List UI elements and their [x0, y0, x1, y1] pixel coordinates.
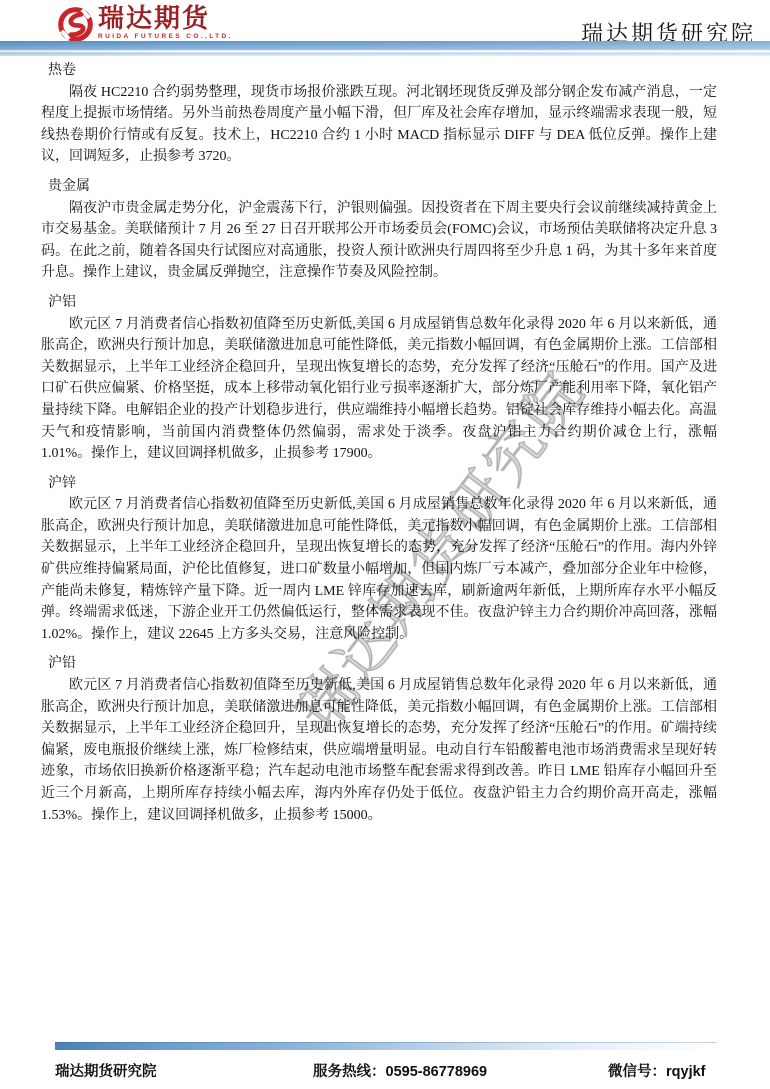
section-shanghai-aluminum: 沪铝 欧元区 7 月消费者信心指数初值降至历史新低,美国 6 月成屋销售总数年化… — [41, 292, 717, 465]
report-page: 瑞达期货 RUIDA FUTURES CO.,LTD. 瑞达期货研究院 瑞达期货… — [0, 0, 770, 1089]
footer-institute-name: 瑞达期货研究院 — [55, 1060, 157, 1081]
footer: 瑞达期货研究院 服务热线：0595-86778969 微信号：rqyjkf — [0, 1060, 770, 1082]
footer-wechat: 微信号：rqyjkf — [608, 1060, 706, 1081]
section-body: 欧元区 7 月消费者信心指数初值降至历史新低,美国 6 月成屋销售总数年化录得 … — [41, 314, 717, 465]
section-title: 贵金属 — [41, 176, 717, 198]
footer-wechat-label: 微信号： — [608, 1064, 666, 1080]
header-divider-sheen — [0, 41, 770, 56]
section-body: 欧元区 7 月消费者信心指数初值降至历史新低,美国 6 月成屋销售总数年化录得 … — [41, 675, 717, 826]
section-title: 沪铅 — [41, 653, 717, 675]
report-content: 热卷 隔夜 HC2210 合约弱势整理，现货市场报价涨跌互现。河北钢坯现货反弹及… — [41, 60, 717, 826]
company-name-cn: 瑞达期货 — [98, 4, 233, 32]
footer-wechat-id: rqyjkf — [666, 1064, 706, 1080]
company-logo: 瑞达期货 RUIDA FUTURES CO.,LTD. — [57, 4, 233, 43]
ruida-logo-icon — [57, 6, 94, 43]
section-title: 沪锌 — [41, 473, 717, 495]
company-name-en: RUIDA FUTURES CO.,LTD. — [98, 33, 233, 40]
footer-hotline-label: 服务热线： — [313, 1064, 386, 1080]
section-title: 沪铝 — [41, 292, 717, 314]
company-name-block: 瑞达期货 RUIDA FUTURES CO.,LTD. — [98, 4, 233, 40]
section-title: 热卷 — [41, 60, 717, 82]
section-precious-metals: 贵金属 隔夜沪市贵金属走势分化，沪金震荡下行，沪银则偏强。因投资者在下周主要央行… — [41, 176, 717, 284]
section-shanghai-lead: 沪铅 欧元区 7 月消费者信心指数初值降至历史新低,美国 6 月成屋销售总数年化… — [41, 653, 717, 826]
section-hot-rolled-coil: 热卷 隔夜 HC2210 合约弱势整理，现货市场报价涨跌互现。河北钢坯现货反弹及… — [41, 60, 717, 168]
section-body: 隔夜沪市贵金属走势分化，沪金震荡下行，沪银则偏强。因投资者在下周主要央行会议前继… — [41, 198, 717, 284]
footer-hotline-number: 0595-86778969 — [386, 1064, 488, 1080]
footer-hotline: 服务热线：0595-86778969 — [313, 1060, 487, 1081]
section-shanghai-zinc: 沪锌 欧元区 7 月消费者信心指数初值降至历史新低,美国 6 月成屋销售总数年化… — [41, 473, 717, 646]
header-divider-bar — [0, 41, 770, 56]
footer-divider-bar — [55, 1042, 717, 1050]
section-body: 欧元区 7 月消费者信心指数初值降至历史新低,美国 6 月成屋销售总数年化录得 … — [41, 494, 717, 645]
section-body: 隔夜 HC2210 合约弱势整理，现货市场报价涨跌互现。河北钢坯现货反弹及部分钢… — [41, 82, 717, 168]
